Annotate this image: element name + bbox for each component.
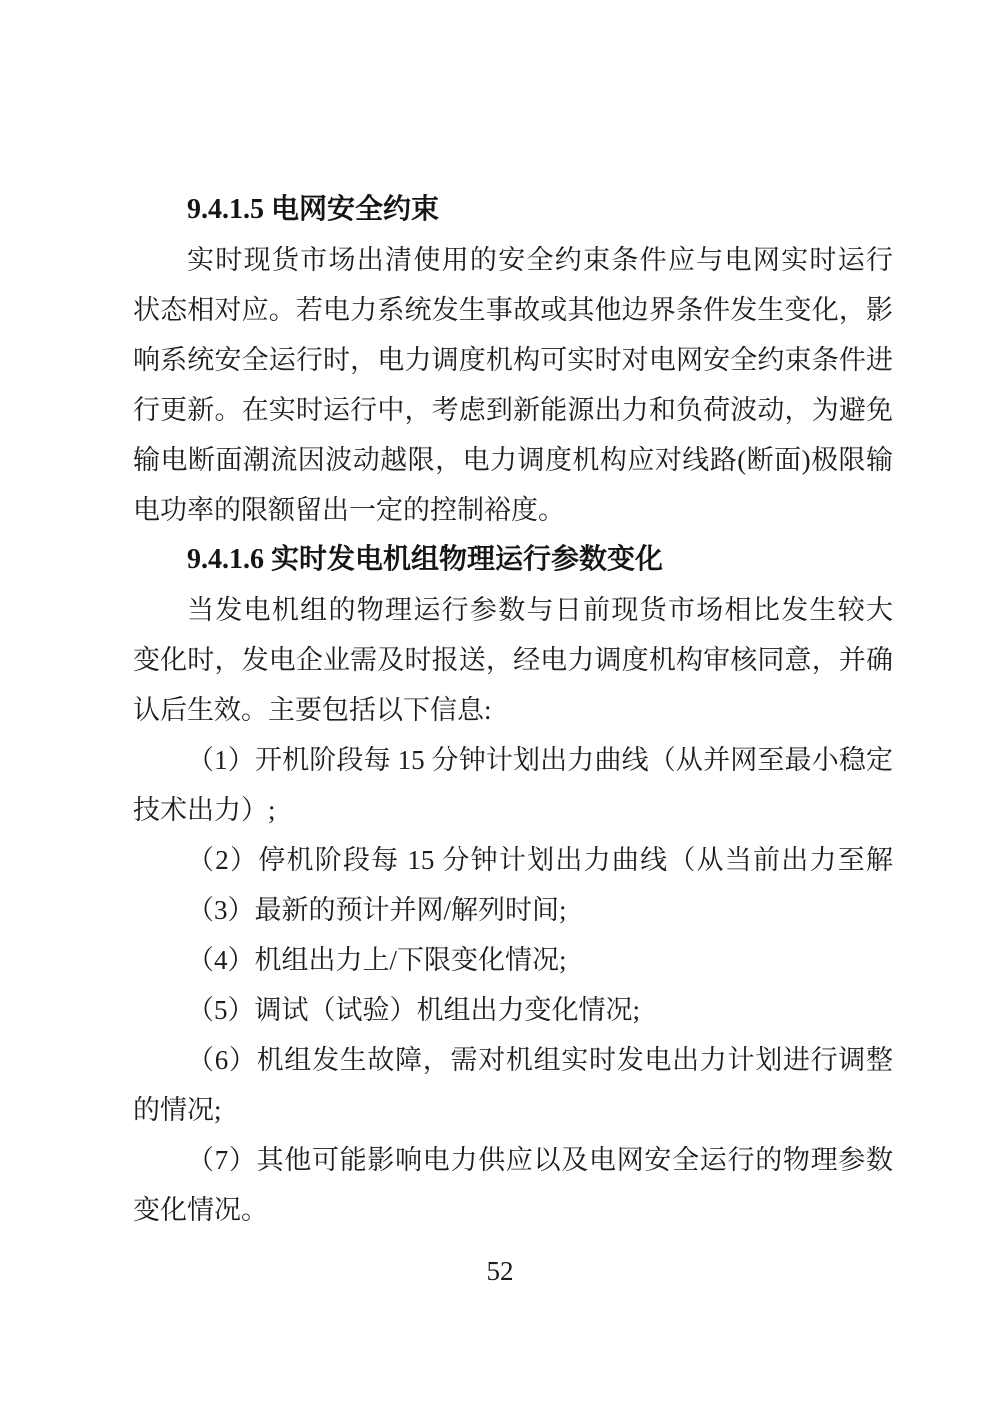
paragraph-line: 当发电机组的物理运行参数与日前现货市场相比发生较大 bbox=[133, 585, 893, 635]
document-page: 9.4.1.5 电网安全约束 实时现货市场出清使用的安全约束条件应与电网实时运行… bbox=[0, 0, 1000, 1414]
paragraph-line: 电功率的限额留出一定的控制裕度。 bbox=[133, 485, 893, 535]
paragraph-line: 实时现货市场出清使用的安全约束条件应与电网实时运行 bbox=[133, 235, 893, 285]
paragraph-line: 响系统安全运行时，电力调度机构可实时对电网安全约束条件进 bbox=[133, 335, 893, 385]
text-block: 9.4.1.5 电网安全约束 实时现货市场出清使用的安全约束条件应与电网实时运行… bbox=[133, 185, 893, 1235]
paragraph-line: 认后生效。主要包括以下信息: bbox=[133, 685, 893, 735]
list-item-line: 的情况; bbox=[133, 1085, 893, 1135]
list-item-line: （2）停机阶段每 15 分钟计划出力曲线（从当前出力至解列）; bbox=[133, 835, 893, 885]
paragraph-line: 行更新。在实时运行中，考虑到新能源出力和负荷波动，为避免 bbox=[133, 385, 893, 435]
list-item-line: （1）开机阶段每 15 分钟计划出力曲线（从并网至最小稳定 bbox=[133, 735, 893, 785]
paragraph-line: 变化时，发电企业需及时报送，经电力调度机构审核同意，并确 bbox=[133, 635, 893, 685]
list-item-line: 技术出力）; bbox=[133, 785, 893, 835]
paragraph-line: 状态相对应。若电力系统发生事故或其他边界条件发生变化，影 bbox=[133, 285, 893, 335]
section-heading-9-4-1-5: 9.4.1.5 电网安全约束 bbox=[133, 185, 893, 235]
list-item-line: （5）调试（试验）机组出力变化情况; bbox=[133, 985, 893, 1035]
list-item-line: （4）机组出力上/下限变化情况; bbox=[133, 935, 893, 985]
paragraph-line: 输电断面潮流因波动越限，电力调度机构应对线路(断面)极限输 bbox=[133, 435, 893, 485]
section-heading-9-4-1-6: 9.4.1.6 实时发电机组物理运行参数变化 bbox=[133, 535, 893, 585]
list-item-line: （6）机组发生故障，需对机组实时发电出力计划进行调整 bbox=[133, 1035, 893, 1085]
list-item-line: （3）最新的预计并网/解列时间; bbox=[133, 885, 893, 935]
page-number: 52 bbox=[0, 1246, 1000, 1296]
list-item-line: 变化情况。 bbox=[133, 1185, 893, 1235]
list-item-line: （7）其他可能影响电力供应以及电网安全运行的物理参数 bbox=[133, 1135, 893, 1185]
